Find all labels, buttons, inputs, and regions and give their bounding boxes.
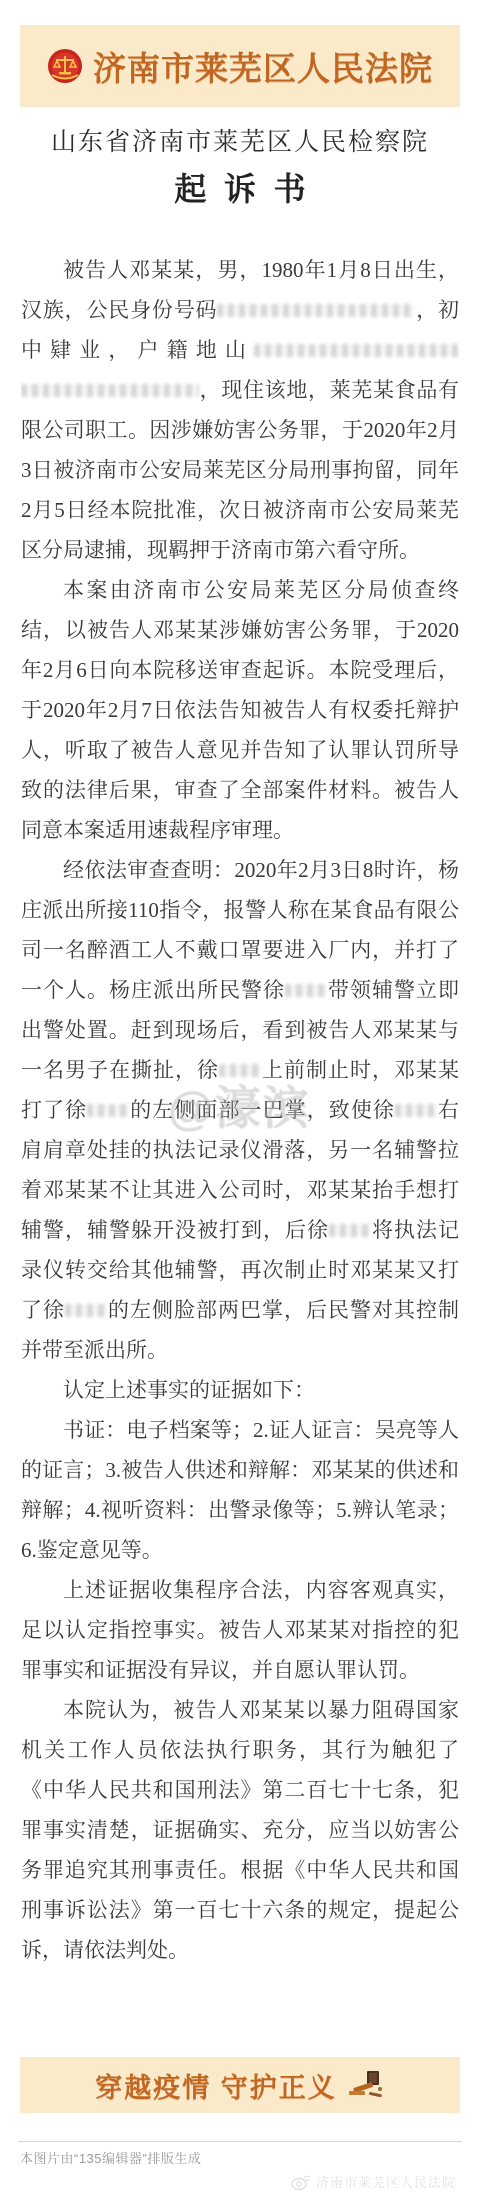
document-paragraph: 经依法审查查明：2020年2月3日8时许，杨庄派出所接110指令，报警人称在某食… (21, 850, 459, 1370)
document-paragraph: 本院认为，被告人邓某某以暴力阻碍国家机关工作人员依法执行职务，其行为触犯了《中华… (21, 1690, 459, 1970)
document-paragraph: 被告人邓某某，男，1980年1月8日出生，汉族，公民身份号码，初中肄业，户籍地山… (21, 250, 459, 570)
footer-divider (18, 2141, 462, 2142)
procuratorate-name: 山东省济南市莱芜区人民检察院 (0, 122, 480, 158)
weibo-eye-logo-icon (291, 2174, 311, 2190)
document-paragraph: 本案由济南市公安局莱芜区分局侦查终结，以被告人邓某某涉嫌妨害公务罪，于2020年… (21, 570, 459, 850)
document-title: 起诉书 (0, 164, 480, 210)
document-body: 被告人邓某某，男，1980年1月8日出生，汉族，公民身份号码，初中肄业，户籍地山… (21, 250, 459, 2052)
document-paragraph: 上述证据收集程序合法，内容客观真实，足以认定指控事实。被告人邓某某对指控的犯罪事… (21, 1570, 459, 1690)
court-name: 济南市莱芜区人民法院 (93, 43, 433, 90)
redaction-blur (87, 1104, 129, 1117)
footer-slogan-banner: 穿越疫情 守护正义 (20, 2057, 460, 2113)
gavel-and-books-icon (345, 2069, 385, 2101)
footer-slogan: 穿越疫情 守护正义 (95, 2066, 337, 2105)
court-emblem-icon (47, 48, 83, 84)
redaction-blur (217, 304, 415, 317)
redaction-blur (65, 1304, 107, 1317)
redaction-blur (285, 984, 327, 997)
weibo-watermark: 济南市莱芜区人民法院 (291, 2172, 456, 2191)
redaction-blur (395, 1104, 437, 1117)
indictment-image-page: 济南市莱芜区人民法院 山东省济南市莱芜区人民检察院 起诉书 被告人邓某某，男，1… (0, 0, 480, 2202)
document-paragraph: 书证：电子档案等；2.证人证言：吴亮等人的证言；3.被告人供述和辩解：邓某某的供… (21, 1410, 459, 1570)
redaction-blur (329, 1224, 371, 1237)
weibo-account-name: 济南市莱芜区人民法院 (316, 2172, 456, 2191)
court-header-banner: 济南市莱芜区人民法院 (20, 25, 460, 107)
document-paragraph: 认定上述事实的证据如下： (21, 1370, 459, 1410)
redaction-blur (21, 384, 199, 397)
redaction-blur (219, 1064, 261, 1077)
generator-caption: 本图片由“135编辑器”排版生成 (20, 2148, 201, 2167)
redaction-blur (254, 344, 459, 357)
